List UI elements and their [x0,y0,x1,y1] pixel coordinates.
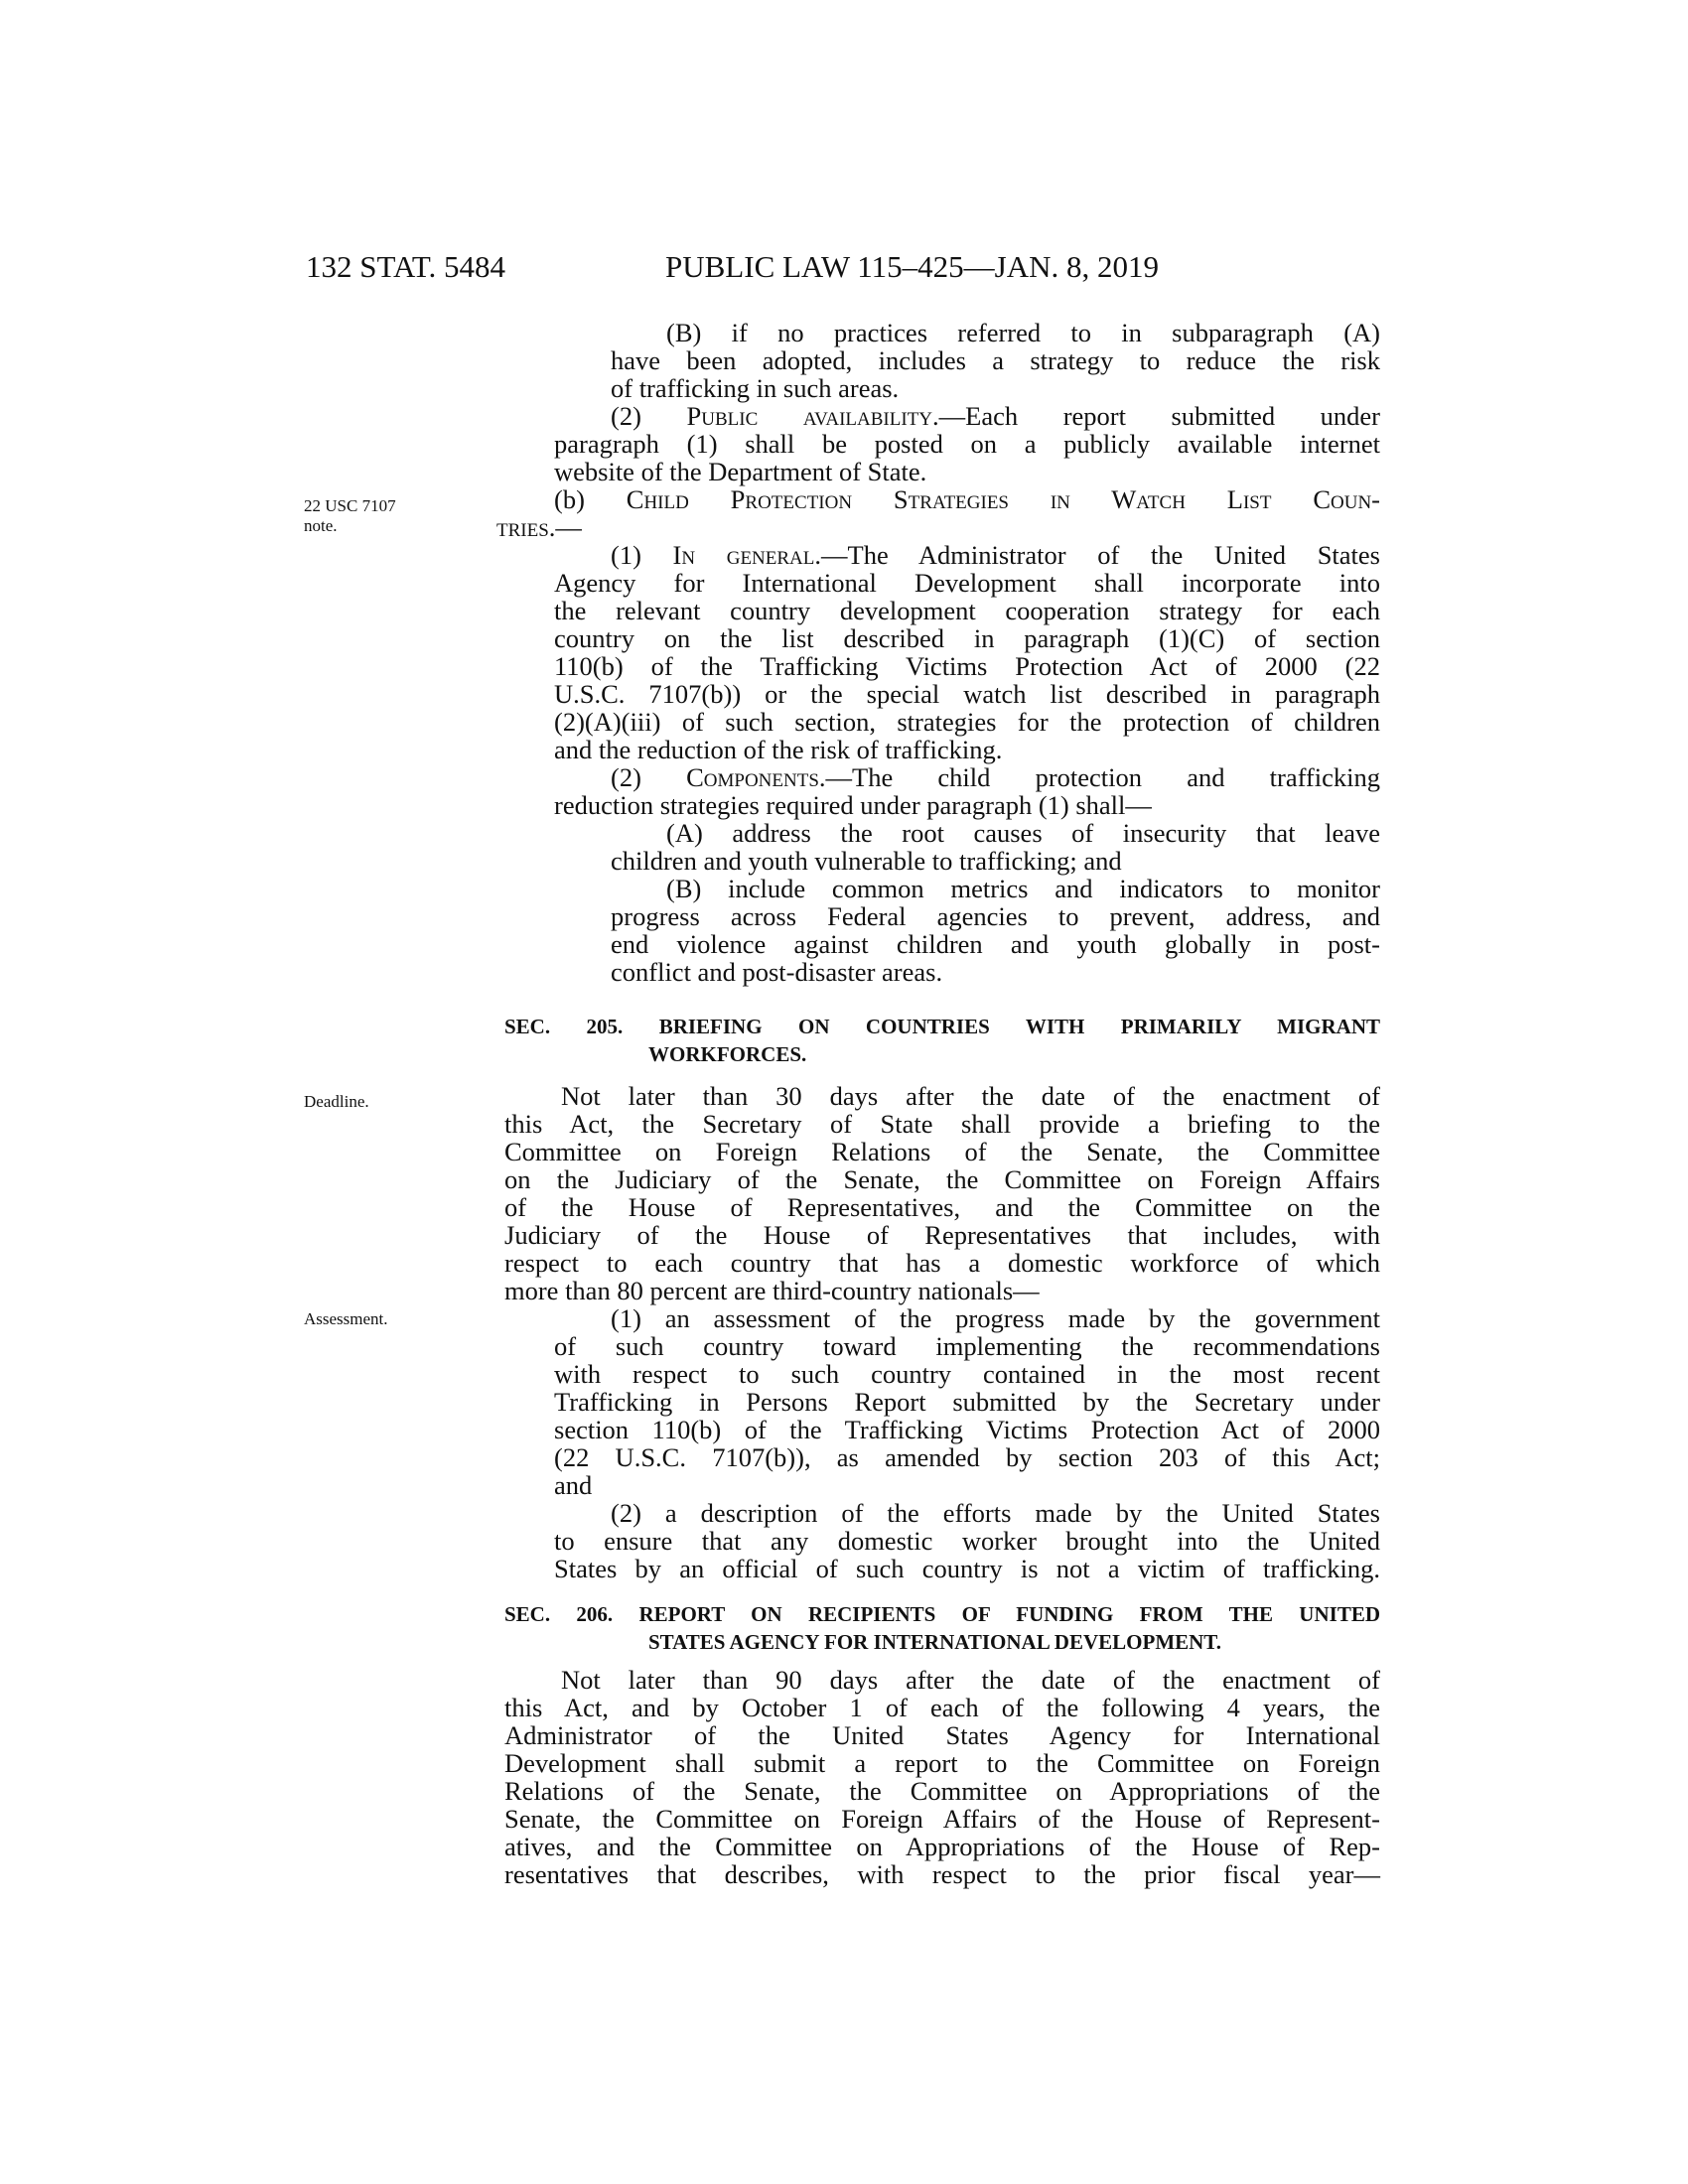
text-line: (2) a description of the efforts made by… [611,1499,1380,1527]
text-line: Not later than 90 days after the date of… [561,1666,1380,1694]
stat-page-number: 132 STAT. 5484 [306,250,505,284]
text-line: 110(b) of the Trafficking Victims Protec… [554,652,1380,680]
text-line: Committee on Foreign Relations of the Se… [504,1138,1380,1165]
section-heading-continued: STATES AGENCY FOR INTERNATIONAL DEVELOPM… [648,1628,1380,1656]
text-line: of trafficking in such areas. [611,374,1380,402]
text-line: have been adopted, includes a strategy t… [611,346,1380,374]
text-line: (1) an assessment of the progress made b… [611,1304,1380,1332]
text-line: on the Judiciary of the Senate, the Comm… [504,1165,1380,1193]
paragraph-text: .—The child protection and trafficking [819,762,1380,792]
text-line: with respect to such country contained i… [554,1360,1380,1388]
paragraph-text: .— [549,512,582,542]
statute-page: 132 STAT. 5484 PUBLIC LAW 115–425—JAN. 8… [0,0,1688,2184]
text-line: Administrator of the United States Agenc… [504,1721,1380,1749]
text-line: progress across Federal agencies to prev… [611,902,1380,930]
text-line: Relations of the Senate, the Committee o… [504,1777,1380,1805]
section-heading: SEC. 205. BRIEFING ON COUNTRIES WITH PRI… [504,1013,1380,1040]
paragraph-heading: Components [686,762,819,792]
section-heading: SEC. 206. REPORT ON RECIPIENTS OF FUNDIN… [504,1600,1380,1628]
text-line: and [554,1471,1380,1499]
text-line: Agency for International Development sha… [554,569,1380,597]
paragraph-text: .—Each report submitted under [932,401,1380,431]
text-line: paragraph (1) shall be posted on a publi… [554,430,1380,458]
text-line: (B) if no practices referred to in subpa… [666,319,1380,346]
text-line: children and youth vulnerable to traffic… [611,847,1380,875]
text-line: (1) In general.—The Administrator of the… [611,541,1380,569]
text-line: reduction strategies required under para… [554,791,1380,819]
text-line: to ensure that any domestic worker broug… [554,1527,1380,1555]
text-line: (A) address the root causes of insecurit… [666,819,1380,847]
text-line: (b) Child Protection Strategies in Watch… [554,485,1380,513]
text-line: (B) include common metrics and indicator… [666,875,1380,902]
text-line: more than 80 percent are third-country n… [504,1277,1380,1304]
section-heading-continued: WORKFORCES. [648,1040,1380,1068]
text-line: end violence against children and youth … [611,930,1380,958]
margin-note: note. [304,516,338,536]
text-line: U.S.C. 7107(b)) or the special watch lis… [554,680,1380,708]
paragraph-heading: Public availability [687,401,933,431]
text-line: section 110(b) of the Trafficking Victim… [554,1416,1380,1443]
paragraph-heading: In general [673,540,815,570]
text-line: Senate, the Committee on Foreign Affairs… [504,1805,1380,1833]
text-line: (2) Public availability.—Each report sub… [611,402,1380,430]
text-line: the relevant country development coopera… [554,597,1380,624]
paragraph-number: (b) [554,484,627,514]
text-line: website of the Department of State. [554,458,1380,485]
text-line: conflict and post-disaster areas. [611,958,1380,986]
text-line: Not later than 30 days after the date of… [561,1082,1380,1110]
paragraph-heading: tries [496,512,549,542]
paragraph-number: (1) [611,540,673,570]
margin-note: Deadline. [304,1092,369,1112]
text-line: this Act, and by October 1 of each of th… [504,1694,1380,1721]
text-line: country on the list described in paragra… [554,624,1380,652]
paragraph-heading: Child Protection Strategies in Watch Lis… [627,484,1380,514]
text-line: resentatives that describes, with respec… [504,1860,1380,1888]
text-line: atives, and the Committee on Appropriati… [504,1833,1380,1860]
text-line: (2)(A)(iii) of such section, strategies … [554,708,1380,736]
margin-note: Assessment. [304,1309,388,1329]
text-line: Judiciary of the House of Representative… [504,1221,1380,1249]
text-line: Trafficking in Persons Report submitted … [554,1388,1380,1416]
text-line: tries.— [496,513,1380,541]
text-line: of the House of Representatives, and the… [504,1193,1380,1221]
text-line: this Act, the Secretary of State shall p… [504,1110,1380,1138]
text-line: of such country toward implementing the … [554,1332,1380,1360]
paragraph-number: (2) [611,401,687,431]
running-title: PUBLIC LAW 115–425—JAN. 8, 2019 [665,250,1159,284]
paragraph-number: (2) [611,762,686,792]
text-line: (2) Components.—The child protection and… [611,763,1380,791]
margin-note: 22 USC 7107 [304,496,396,516]
text-line: States by an official of such country is… [554,1555,1380,1582]
text-line: respect to each country that has a domes… [504,1249,1380,1277]
text-line: (22 U.S.C. 7107(b)), as amended by secti… [554,1443,1380,1471]
text-line: and the reduction of the risk of traffic… [554,736,1380,763]
paragraph-text: .—The Administrator of the United States [814,540,1380,570]
text-line: Development shall submit a report to the… [504,1749,1380,1777]
